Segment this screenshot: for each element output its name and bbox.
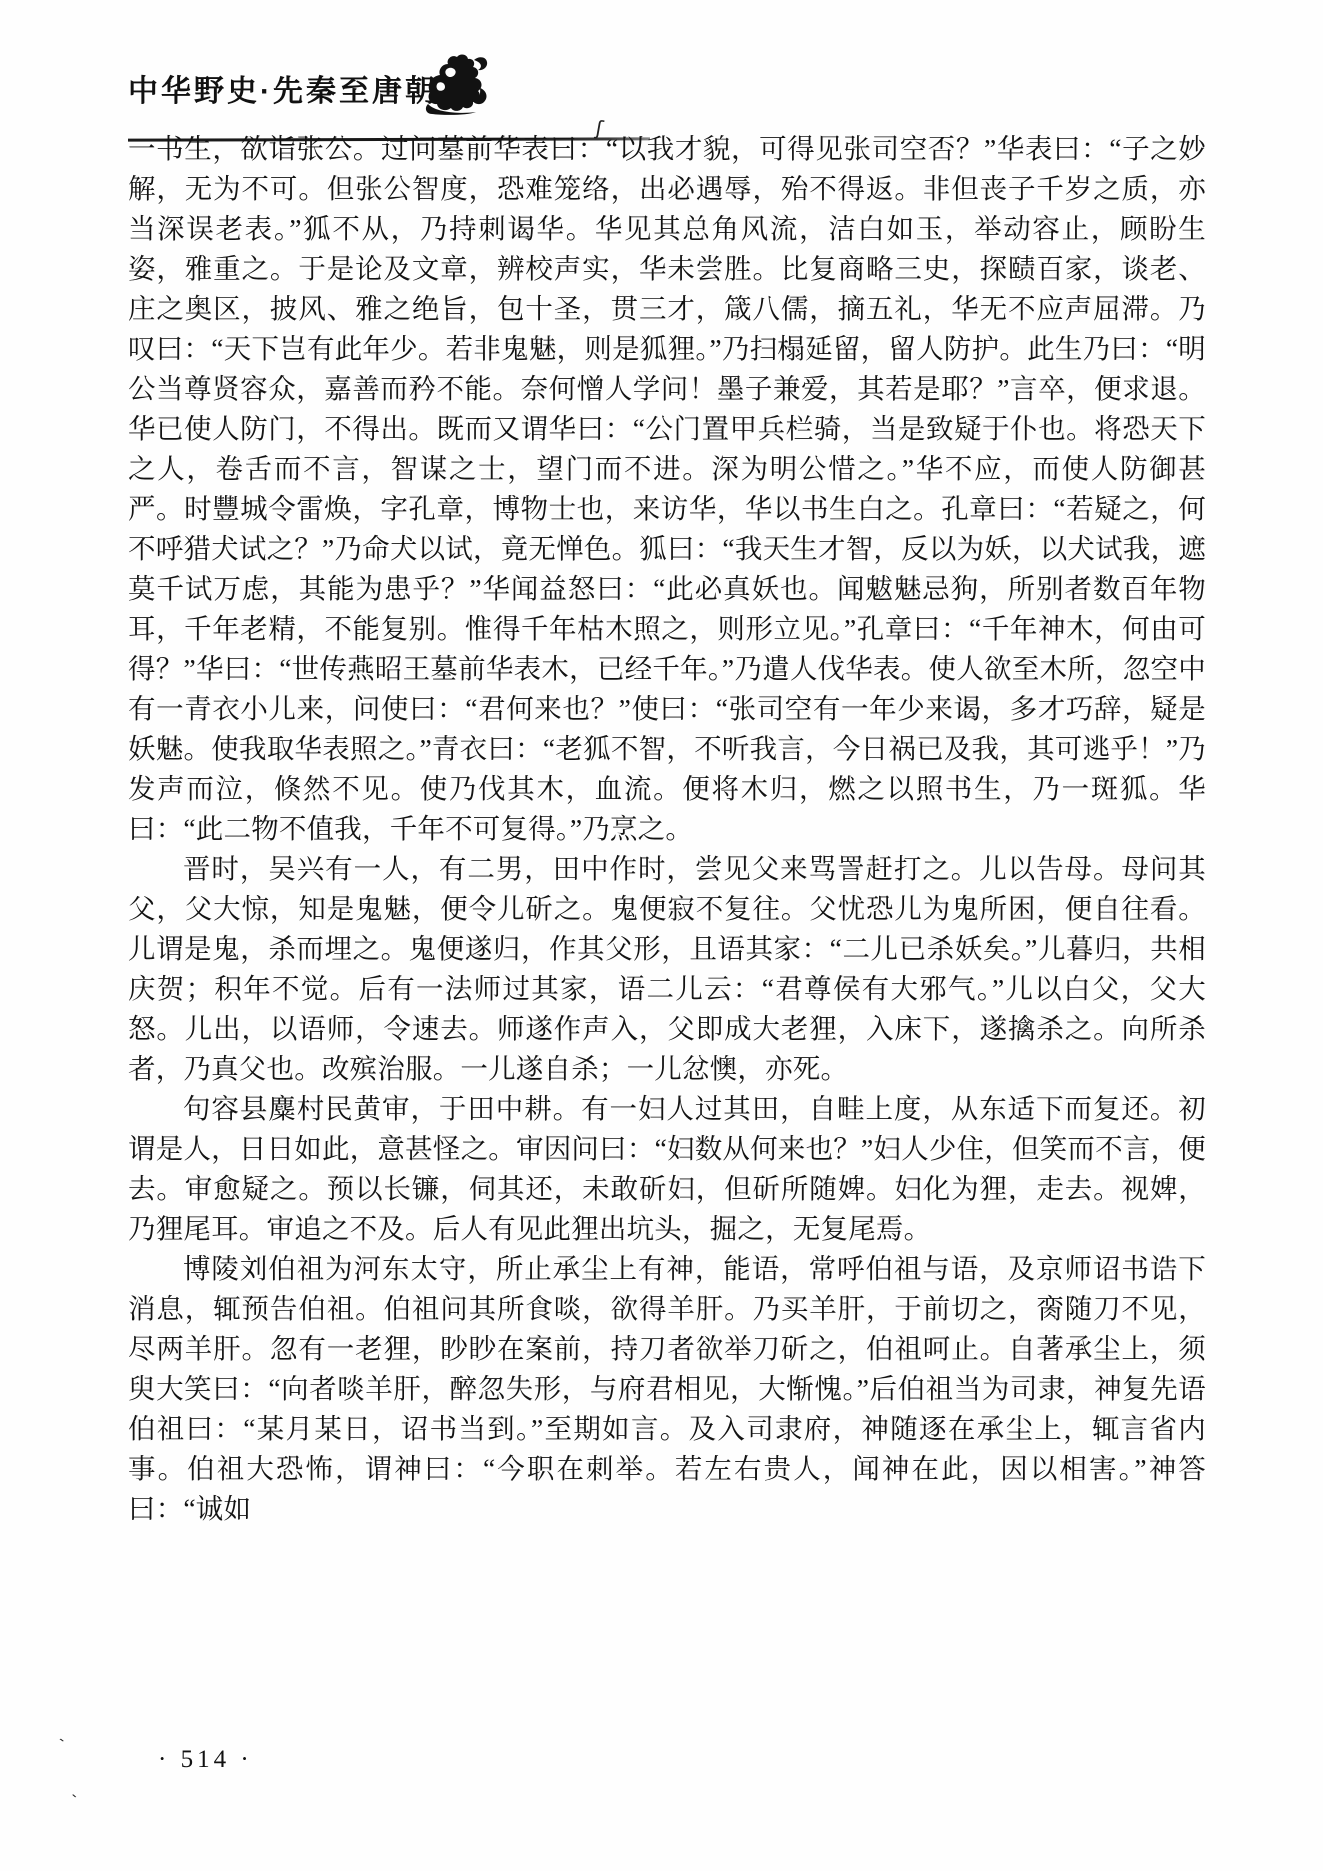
scanned-book-page: 中华野史·先秦至唐朝卷 ʃ 一书生，欲诣张公。过问墓前华表曰：“以我才貌，可得见… — [0, 0, 1323, 1871]
body-paragraph-2: 晋时，吴兴有一人，有二男，田中作时，尝见父来骂詈赶打之。儿以告母。母问其父，父大… — [128, 849, 1206, 1089]
page-body-text: 一书生，欲诣张公。过问墓前华表曰：“以我才貌，可得见张司空否？”华表曰：“子之妙… — [128, 129, 1206, 1529]
body-paragraph-3: 句容县麋村民黄审，于田中耕。有一妇人过其田，自畦上度，从东适下而复还。初谓是人，… — [128, 1089, 1206, 1249]
page-number: · 514 · — [158, 1746, 253, 1774]
scan-artifact-tick: ` — [70, 1791, 81, 1811]
dragon-seal-icon — [416, 48, 494, 120]
body-paragraph-4: 博陵刘伯祖为河东太守，所止承尘上有神，能语，常呼伯祖与语，及京师诏书诰下消息，辄… — [128, 1249, 1206, 1529]
body-paragraph-1: 一书生，欲诣张公。过问墓前华表曰：“以我才貌，可得见张司空否？”华表曰：“子之妙… — [128, 129, 1206, 849]
scan-artifact-tick: ` — [58, 1735, 71, 1755]
